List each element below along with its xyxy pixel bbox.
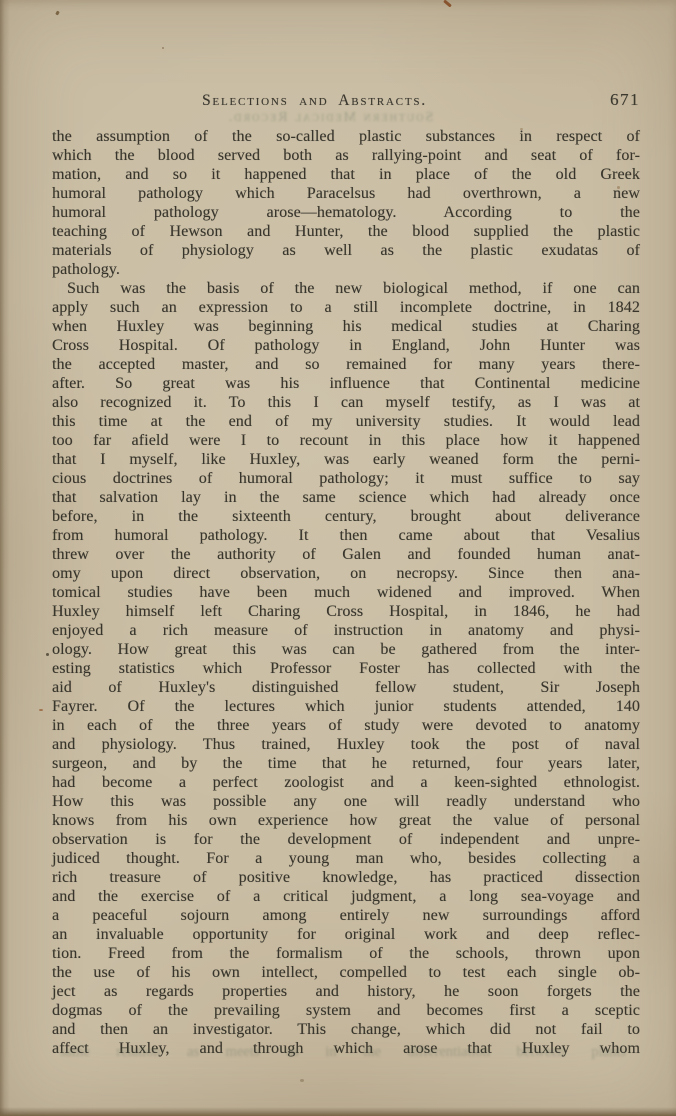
page-edge-shadow-bottom (0, 1107, 676, 1116)
paper-speck (300, 1079, 304, 1082)
paper-speck (39, 709, 43, 711)
paper-speck (162, 47, 164, 49)
paragraph-such-was-the-basis: Such was the basis of the new biological… (52, 279, 640, 1058)
paper-speck (55, 11, 60, 16)
running-header-title: Selections and Abstracts. (202, 92, 427, 110)
paper-speck (46, 653, 49, 656)
show-through-header-text: Southern Medical Record. (205, 110, 455, 126)
scanned-book-page: Southern Medical Record. Selections and … (0, 0, 676, 1116)
page-number: 671 (610, 90, 640, 110)
paper-speck (443, 0, 452, 8)
paragraph-continuation: the assumption of the so-called plastic … (52, 127, 640, 279)
body-text: the assumption of the so-called plastic … (52, 127, 640, 1058)
page-edge-shadow-left (0, 0, 10, 1116)
running-header: Selections and Abstracts. 671 (52, 92, 640, 112)
